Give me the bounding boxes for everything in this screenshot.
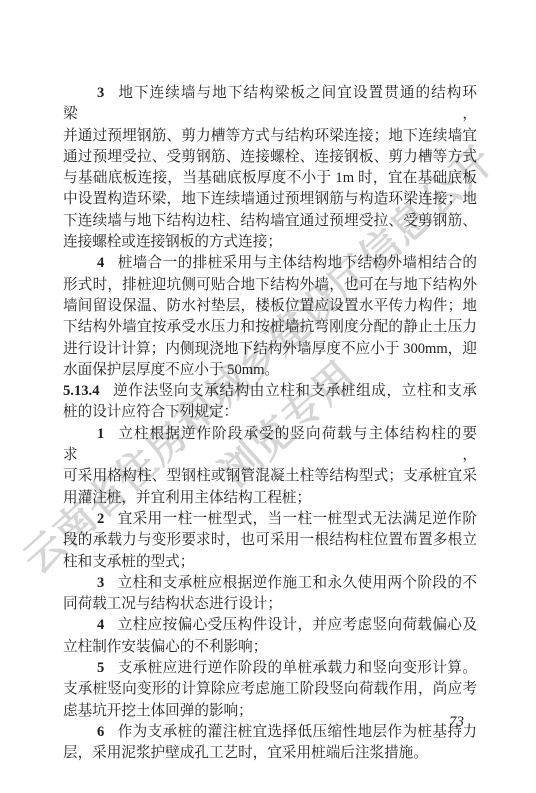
text-line: 5.13.4逆作法竖向支承结构由立柱和支承桩组成，立柱和支承: [63, 381, 477, 402]
text-line: 支承桩竖向变形的计算除应考虑施工阶段竖向荷载作用，尚应考: [63, 679, 477, 700]
text-line: 虑基坑开挖土体回弹的影响；: [63, 701, 477, 722]
item-number: 2: [97, 511, 104, 527]
text-line: 4桩墙合一的排桩采用与主体结构地下结构外墙相结合的: [63, 253, 477, 274]
item-number: 5.13.4: [63, 383, 99, 399]
text-line: 中设置构造环梁，地下连续墙通过预埋钢筋与构造环梁连接；地: [63, 189, 477, 210]
text-line: 通过预埋受拉、受剪钢筋、连接螺栓、连接钢板、剪力槽等方式: [63, 147, 477, 168]
text-line: 与基础底板连接，当基础底板厚度不小于 1m 时，宜在基础底板: [63, 168, 477, 189]
text-line: 形式时，排桩迎坑侧可贴合地下结构外墙，也可在与地下结构外: [63, 275, 477, 296]
text-line: 下连续墙与地下结构边柱、结构墙宜通过预埋受拉、受剪钢筋、: [63, 211, 477, 232]
document-page: 云南省住房和城乡建设厅信息公开浏览专用 3地下连续墙与地下结构梁板之间宜设置贯通…: [0, 0, 536, 793]
text-line: 3地下连续墙与地下结构梁板之间宜设置贯通的结构环梁，: [63, 83, 477, 126]
text-line: 进行设计计算；内侧现浇地下结构外墙厚度不应小于 300mm，迎: [63, 339, 477, 360]
text-line: 2宜采用一柱一桩型式，当一柱一桩型式无法满足逆作阶: [63, 509, 477, 530]
text-line: 段的承载力与变形要求时，也可采用一根结构柱位置布置多根立: [63, 530, 477, 551]
text-line: 桩的设计应符合下列规定：: [63, 402, 477, 423]
text-line: 可采用格构柱、型钢柱或钢管混凝土柱等结构型式；支承桩宜采: [63, 466, 477, 487]
item-number: 4: [97, 617, 104, 633]
text-line: 6作为支承桩的灌注桩宜选择低压缩性地层作为桩基持力: [63, 722, 477, 743]
text-line: 同荷载工况与结构状态进行设计；: [63, 594, 477, 615]
text-line: 墙间留设保温、防水衬垫层，楼板位置应设置水平传力构件；地: [63, 296, 477, 317]
item-number: 3: [97, 85, 104, 101]
page-number: 73: [449, 714, 464, 731]
text-line: 并通过预埋钢筋、剪力槽等方式与结构环梁连接；地下连续墙宜: [63, 126, 477, 147]
item-number: 1: [97, 426, 104, 442]
document-body: 3地下连续墙与地下结构梁板之间宜设置贯通的结构环梁，并通过预埋钢筋、剪力槽等方式…: [63, 83, 477, 765]
text-line: 3立柱和支承桩应根据逆作施工和永久使用两个阶段的不: [63, 573, 477, 594]
item-number: 6: [97, 724, 104, 740]
text-line: 层，采用泥浆护壁成孔工艺时，宜采用桩端后注浆措施。: [63, 743, 477, 764]
text-line: 连接螺栓或连接钢板的方式连接；: [63, 232, 477, 253]
item-number: 4: [97, 255, 104, 271]
text-line: 立柱制作安装偏心的不利影响；: [63, 637, 477, 658]
text-line: 5支承桩应进行逆作阶段的单桩承载力和竖向变形计算。: [63, 658, 477, 679]
text-line: 1立柱根据逆作阶段承受的竖向荷载与主体结构柱的要求，: [63, 424, 477, 467]
text-line: 柱和支承桩的型式；: [63, 552, 477, 573]
item-number: 3: [97, 575, 104, 591]
text-line: 4立柱应按偏心受压构件设计，并应考虑竖向荷载偏心及: [63, 615, 477, 636]
text-line: 水面保护层厚度不应小于 50mm。: [63, 360, 477, 381]
text-line: 下结构外墙宜按承受水压力和按桩墙抗弯刚度分配的静止土压力: [63, 317, 477, 338]
item-number: 5: [97, 660, 104, 676]
text-line: 用灌注桩，并宜利用主体结构工程桩；: [63, 488, 477, 509]
